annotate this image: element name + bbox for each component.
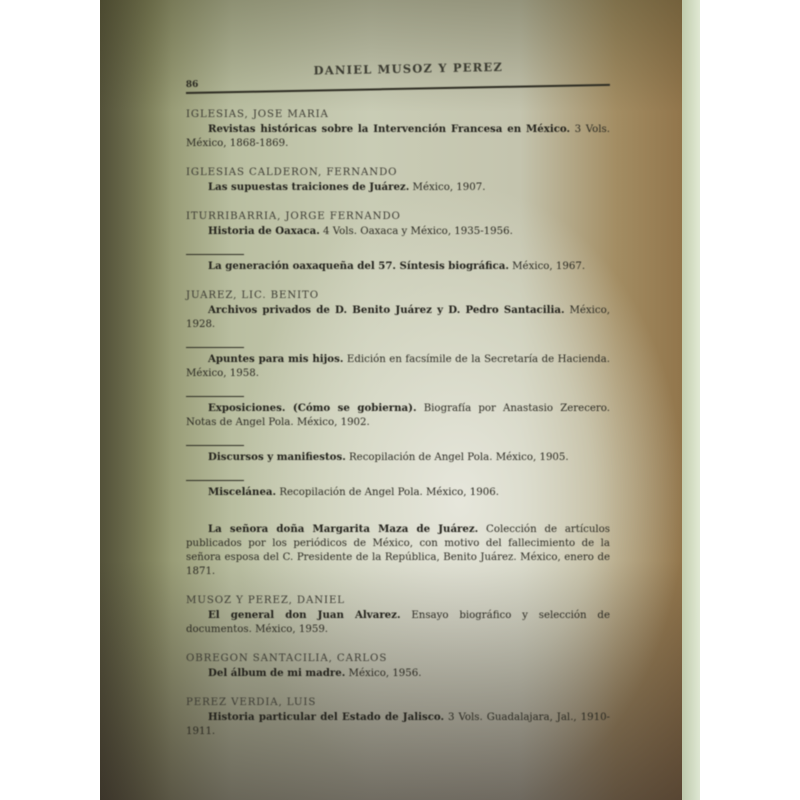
ditto-dash xyxy=(186,480,244,481)
entry-work: Historia de Oaxaca. 4 Vols. Oaxaca y Méx… xyxy=(186,224,610,239)
bibliography-entry: Apuntes para mis hijos. Edición en facsí… xyxy=(186,347,610,381)
entry-title: Historia particular del Estado de Jalisc… xyxy=(208,711,444,723)
bibliography-list: IGLESIAS, JOSE MARIARevistas históricas … xyxy=(186,108,610,739)
bibliography-entry: La señora doña Margarita Maza de Juárez.… xyxy=(186,522,610,579)
entry-work: Historia particular del Estado de Jalisc… xyxy=(186,710,610,739)
entry-title: Archivos privados de D. Benito Juárez y … xyxy=(208,304,565,316)
entry-author: MUSOZ Y PEREZ, DANIEL xyxy=(186,594,610,608)
entry-work: Las supuestas traiciones de Juárez. Méxi… xyxy=(186,180,610,195)
entry-work: Revistas históricas sobre la Intervenció… xyxy=(186,122,610,151)
ditto-dash xyxy=(186,347,244,348)
bibliography-entry: OBREGON SANTACILIA, CARLOSDel álbum de m… xyxy=(186,652,610,681)
page-number: 86 xyxy=(186,80,199,90)
entry-title: Las supuestas traiciones de Juárez. xyxy=(208,181,409,193)
entry-work: Apuntes para mis hijos. Edición en facsí… xyxy=(186,352,610,381)
entry-title: Apuntes para mis hijos. xyxy=(208,353,343,365)
entry-work: Del álbum de mi madre. México, 1956. xyxy=(186,666,610,681)
book-page: 86 DANIEL MUSOZ Y PEREZ IGLESIAS, JOSE M… xyxy=(186,66,610,754)
entry-title: La señora doña Margarita Maza de Juárez. xyxy=(208,523,478,535)
entry-work: La señora doña Margarita Maza de Juárez.… xyxy=(186,522,610,579)
bibliography-entry: Discursos y manifiestos. Recopilación de… xyxy=(186,445,610,465)
entry-author: OBREGON SANTACILIA, CARLOS xyxy=(186,652,610,666)
bibliography-entry: ITURRIBARRIA, JORGE FERNANDOHistoria de … xyxy=(186,210,610,239)
entry-author: JUAREZ, LIC. BENITO xyxy=(186,289,610,303)
entry-details: México, 1967. xyxy=(509,261,585,272)
bibliography-entry: MUSOZ Y PEREZ, DANIELEl general don Juan… xyxy=(186,594,610,637)
entry-author: IGLESIAS CALDERON, FERNANDO xyxy=(186,166,610,180)
bibliography-entry: Miscelánea. Recopilación de Angel Pola. … xyxy=(186,480,610,500)
running-head: 86 DANIEL MUSOZ Y PEREZ xyxy=(185,58,609,94)
entry-details: Recopilación de Angel Pola. México, 1905… xyxy=(346,452,569,463)
entry-title: Revistas históricas sobre la Intervenció… xyxy=(208,123,570,135)
entry-details: 4 Vols. Oaxaca y México, 1935-1956. xyxy=(320,226,513,237)
entry-details: México, 1907. xyxy=(409,182,485,193)
entry-title: Del álbum de mi madre. xyxy=(208,667,345,679)
entry-title: Discursos y manifiestos. xyxy=(208,451,346,463)
entry-details: México, 1956. xyxy=(345,668,421,679)
bibliography-entry: IGLESIAS, JOSE MARIARevistas históricas … xyxy=(186,108,610,151)
bibliography-entry: IGLESIAS CALDERON, FERNANDOLas supuestas… xyxy=(186,166,610,195)
entry-author: ITURRIBARRIA, JORGE FERNANDO xyxy=(186,210,610,224)
entry-title: Historia de Oaxaca. xyxy=(208,225,320,237)
running-head-title: DANIEL MUSOZ Y PEREZ xyxy=(313,60,503,78)
bibliography-entry: Exposiciones. (Cómo se gobierna). Biogra… xyxy=(186,396,610,430)
bibliography-entry: PEREZ VERDIA, LUISHistoria particular de… xyxy=(186,696,610,739)
bibliography-entry: JUAREZ, LIC. BENITOArchivos privados de … xyxy=(186,289,610,332)
bibliography-entry: La generación oaxaqueña del 57. Síntesis… xyxy=(186,254,610,274)
entry-author: PEREZ VERDIA, LUIS xyxy=(186,696,610,710)
entry-work: Archivos privados de D. Benito Juárez y … xyxy=(186,303,610,332)
ditto-dash xyxy=(186,396,244,397)
entry-title: El general don Juan Alvarez. xyxy=(208,609,401,621)
entry-work: Discursos y manifiestos. Recopilación de… xyxy=(186,450,610,465)
entry-details: Recopilación de Angel Pola. México, 1906… xyxy=(276,487,499,498)
entry-work: La generación oaxaqueña del 57. Síntesis… xyxy=(186,259,610,274)
entry-work: Exposiciones. (Cómo se gobierna). Biogra… xyxy=(186,401,610,430)
entry-title: La generación oaxaqueña del 57. Síntesis… xyxy=(208,260,509,272)
entry-title: Exposiciones. (Cómo se gobierna). xyxy=(208,402,417,414)
entry-work: Miscelánea. Recopilación de Angel Pola. … xyxy=(186,485,610,500)
ditto-dash xyxy=(186,445,244,446)
ditto-dash xyxy=(186,254,244,255)
entry-author: IGLESIAS, JOSE MARIA xyxy=(186,108,610,122)
entry-work: El general don Juan Alvarez. Ensayo biog… xyxy=(186,608,610,637)
entry-title: Miscelánea. xyxy=(208,486,276,498)
book-page-photo: 86 DANIEL MUSOZ Y PEREZ IGLESIAS, JOSE M… xyxy=(100,0,700,800)
